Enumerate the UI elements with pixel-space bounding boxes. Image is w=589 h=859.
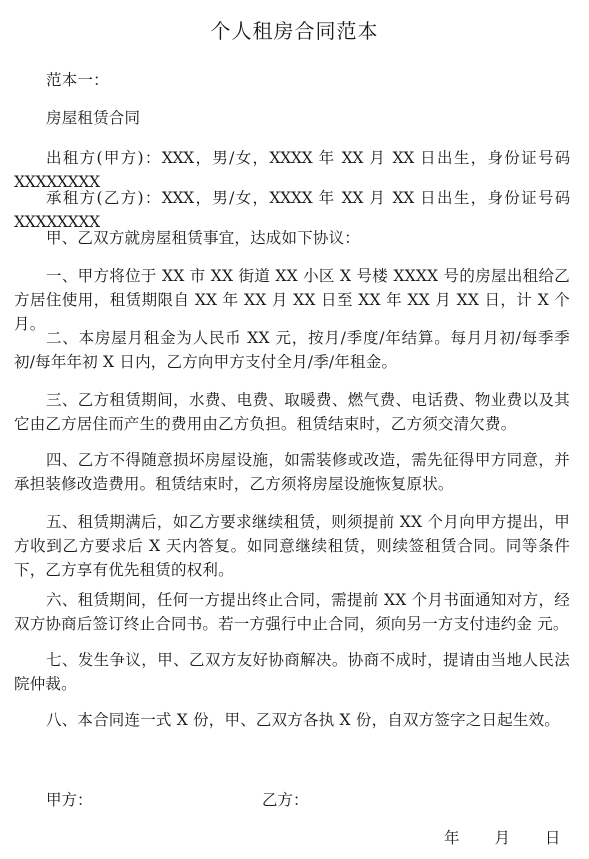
preamble: 甲、乙双方就房屋租赁事宜，达成如下协议：	[14, 226, 570, 250]
clause-4: 四、乙方不得随意损坏房屋设施，如需装修或改造，需先征得甲方同意，并承担装修改造费…	[14, 448, 570, 496]
sample-label: 范本一：	[14, 68, 570, 92]
clause-7: 七、发生争议，甲、乙双方友好协商解决。协商不成时，提请由当地人民法院仲裁。	[14, 648, 570, 696]
clause-8: 八、本合同连一式 X 份，甲、乙双方各执 X 份，自双方签字之日起生效。	[14, 708, 570, 732]
clause-6: 六、租赁期间，任何一方提出终止合同，需提前 XX 个月书面通知对方，经双方协商后…	[14, 588, 570, 636]
date-year: 年	[444, 826, 460, 850]
clause-2: 二、本房屋月租金为人民币 XX 元，按月/季度/年结算。每月月初/每季季初/每年…	[14, 326, 570, 374]
party-b-signature: 乙方：	[262, 788, 309, 812]
signing-date: 年 月 日	[444, 826, 560, 850]
document-title: 个人租房合同范本	[0, 16, 589, 46]
date-day: 日	[545, 826, 561, 850]
clause-3: 三、乙方租赁期间，水费、电费、取暖费、燃气费、电话费、物业费以及其它由乙方居住而…	[14, 388, 570, 436]
party-a-signature: 甲方：	[46, 788, 93, 812]
date-month: 月	[494, 826, 510, 850]
contract-name: 房屋租赁合同	[14, 106, 570, 130]
clause-5: 五、租赁期满后，如乙方要求继续租赁，则须提前 XX 个月向甲方提出，甲方收到乙方…	[14, 510, 570, 582]
